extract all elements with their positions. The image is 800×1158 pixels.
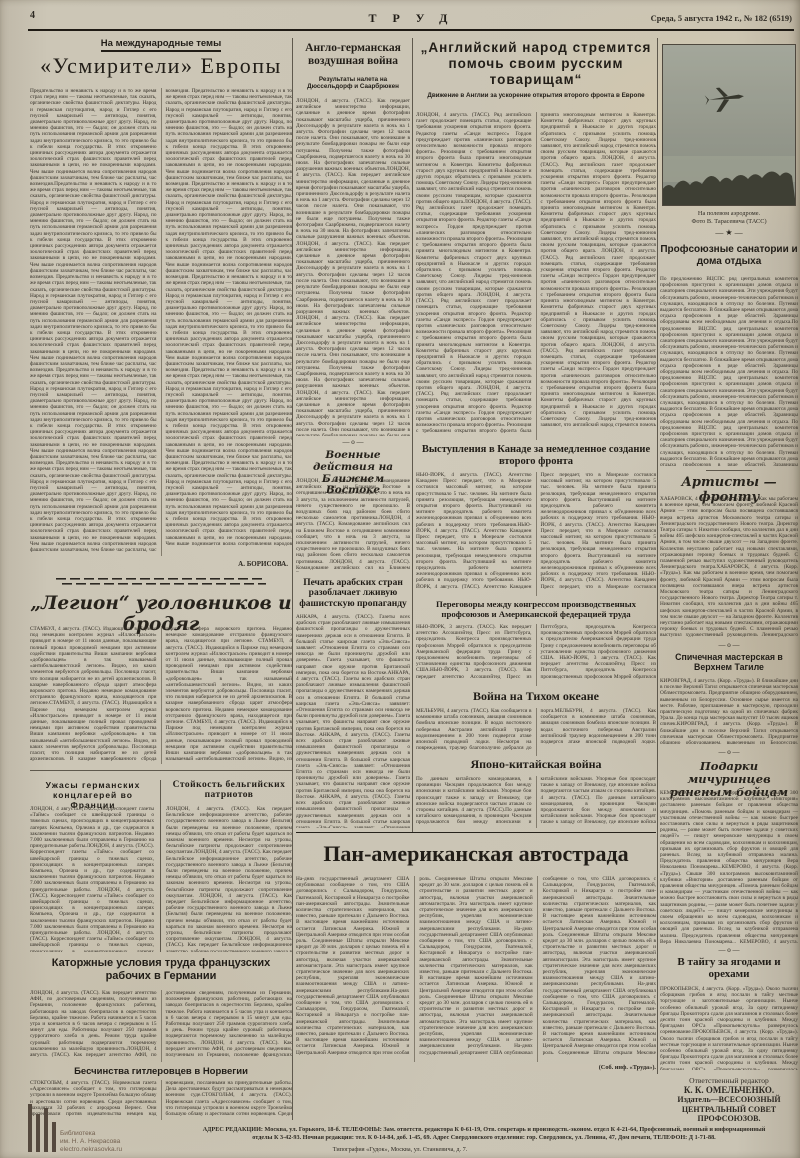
headline-taiga: В тайгу за ягодами и орехами	[660, 956, 798, 980]
photo-caption-line1: На полевом аэродроме.	[660, 210, 798, 218]
article-body-legion: СТАМБУЛ, 4 августа. (ТАСС). Издающийся в…	[30, 626, 292, 764]
signoff-panamerican: (Соб. инф. «Труда»).	[506, 1064, 656, 1071]
headline-pacific: Война на Тихом океане	[416, 690, 656, 703]
column-rule	[292, 38, 293, 1120]
publisher: Издатель—ВСЕСОЮЗНЫЙ ЦЕНТРАЛЬНЫЙ СОВЕТ ПР…	[660, 1095, 798, 1124]
page-number: 4	[30, 10, 60, 21]
headline-panamerican: Пан-американская автострада	[296, 842, 656, 866]
ornament-divider	[56, 578, 266, 585]
printing-house-line: Типография «Гудок», Москва, ул. Станкеви…	[250, 1146, 550, 1153]
stamp-line3: electro.nekrasovka.ru	[60, 1146, 190, 1154]
ornament-ring: — о —	[296, 438, 410, 446]
article-body-middle-east: ЛОНДОН, 4 августа. (ТАСС). Командование …	[296, 478, 410, 572]
library-stamp-text: Библиотека им. Н. А. Некрасова electro.n…	[60, 1130, 190, 1154]
headline-sanatoriums: Профсоюзные санатории и дома отдыха	[660, 244, 798, 268]
column-rule	[412, 38, 413, 832]
article-body-panamerican: На-днях государственный департамент США …	[296, 876, 656, 1062]
headline-arab-press: Печать арабских стран разоблачает лживую…	[294, 578, 412, 609]
headline-belgium: Стойкость бельгийских патриотов	[166, 780, 292, 801]
ornament-ring: — о —	[660, 748, 798, 756]
editor-name: К. К. ОМЕЛЬЧЕНКО.	[660, 1085, 798, 1095]
library-stamp-bars-icon	[28, 1104, 60, 1152]
editor-label: Ответственный редактор	[660, 1076, 798, 1085]
article-body-belgium: ЛОНДОН, 4 августа. (ТАСС). Как передает …	[166, 806, 292, 952]
article-body-taiga: ПРОКОПЬЕВСК, 4 августа. (Корр. «Труда»).…	[660, 986, 798, 1070]
editorial-address: АДРЕС РЕДАКЦИИ: Москва, ул. Горького, 18…	[196, 1126, 772, 1142]
masthead-rule	[28, 29, 794, 31]
byline-borisova: А. БОРИСОВА.	[132, 560, 288, 568]
headline-negotiations: Переговоры между конгрессом производстве…	[416, 600, 656, 619]
headline-anglo-german: Англо-германская воздушная война	[296, 42, 410, 67]
stamp-bar	[36, 1114, 40, 1152]
article-body-usmiriteli: Предательство и ненависть к народу и в т…	[30, 88, 292, 556]
issue-dateline: Среда, 5 августа 1942 г., № 182 (6519)	[540, 13, 792, 23]
headline-french-workers: Каторжные условия труда французских рабо…	[30, 957, 292, 983]
article-body-sino-japanese: По данным китайского командования, в про…	[416, 776, 656, 828]
article-body-anglo-german: ЛОНДОН, 4 августа. (ТАСС). Как передает …	[296, 98, 410, 436]
article-body-france-camps: ЛОНДОН, 4 августа. (ТАСС). Корреспондент…	[30, 806, 154, 952]
article-body-arab-press: АНКАРА, 4 августа. (ТАСС). Газеты всех а…	[296, 614, 410, 828]
article-body-pacific: МЕЛЬБУРН, 4 августа. (ТАСС). Как сообщае…	[416, 708, 656, 756]
double-rule	[296, 832, 656, 833]
subhead-anglo-german: Результаты налета на Дюссельдорф и Саарб…	[296, 76, 410, 91]
article-body-english-people: ЛОНДОН, 4 августа. (ТАСС). Ряд английски…	[416, 112, 656, 440]
headline-english-people: „Английский народ стремится помочь своим…	[416, 40, 656, 88]
headline-sino-japanese: Японо-китайская война	[416, 758, 656, 771]
headline-norway: Бесчинства гитлеровцев в Норвегии	[30, 1066, 292, 1077]
airfield-photo	[662, 44, 796, 206]
column-rule	[657, 38, 658, 1074]
stamp-bar	[52, 1122, 56, 1152]
stamp-line2: им. Н. А. Некрасова	[60, 1138, 190, 1146]
kicker-label: На международные темы	[101, 38, 221, 52]
stamp-bar	[28, 1104, 32, 1152]
ornament-star: — ★ —	[660, 228, 798, 237]
article-body-sanatoriums: По предложению ВЦСПС ряд центральных ком…	[660, 276, 798, 466]
article-body-canada: НЬЮ-ЙОРК, 4 августа. (ТАСС). Агентство К…	[416, 472, 656, 596]
article-body-artists: ХАБАРОВСК, 4 августа. (Корр. «Труда»). К…	[660, 496, 798, 640]
headline-canada: Выступления в Канаде за немедленное созд…	[416, 444, 656, 467]
photo-caption-line2: Фото В. Тарасевича (ТАСС)	[660, 218, 798, 226]
article-body-matches: КИРОВГРАД, 4 августа. (Корр. «Труда»). В…	[660, 678, 798, 744]
newspaper-page: 4 ТРУД Среда, 5 августа 1942 г., № 182 (…	[0, 0, 800, 1158]
ornament-ring: — о —	[660, 641, 798, 649]
headline-usmiriteli: «Усмирители» Европы	[30, 54, 292, 78]
address-line1: АДРЕС РЕДАКЦИИ: Москва, ул. Горького, 18…	[196, 1126, 772, 1134]
section-rule	[30, 770, 292, 771]
masthead: ТРУД	[330, 12, 486, 25]
column-rule	[160, 780, 161, 952]
article-body-french-workers: ЛОНДОН, 4 августа. (ТАСС). Как передает …	[30, 990, 292, 1062]
headline-matches: Спичечная мастерская в Верхнем Тагиле	[660, 652, 798, 673]
article-body-norway: СТОКГОЛЬМ, 4 августа. (ТАСС). Норвежская…	[30, 1080, 292, 1120]
editor-block: Ответственный редактор К. К. ОМЕЛЬЧЕНКО.…	[660, 1076, 798, 1124]
ornament-ring: — о —	[660, 946, 798, 954]
subhead-english-people: Движение в Англии за ускорение открытия …	[416, 92, 656, 99]
article-body-negotiations: НЬЮ-ЙОРК, 3 августа. (ТАСС). Как передае…	[416, 624, 656, 686]
short-divider	[706, 470, 752, 471]
kicker-international-themes: На международные темы	[30, 38, 292, 52]
address-line2: отделы К 3-42-93. Ночная редакция: тел. …	[196, 1134, 772, 1142]
article-body-michurin-gifts: КЕМЕРОВО, 4 августа. (Корр. «Труда»). Св…	[660, 790, 798, 944]
stamp-line1: Библиотека	[60, 1130, 190, 1138]
photo-caption: На полевом аэродроме. Фото В. Тарасевича…	[660, 210, 798, 226]
stamp-bar	[44, 1108, 48, 1152]
